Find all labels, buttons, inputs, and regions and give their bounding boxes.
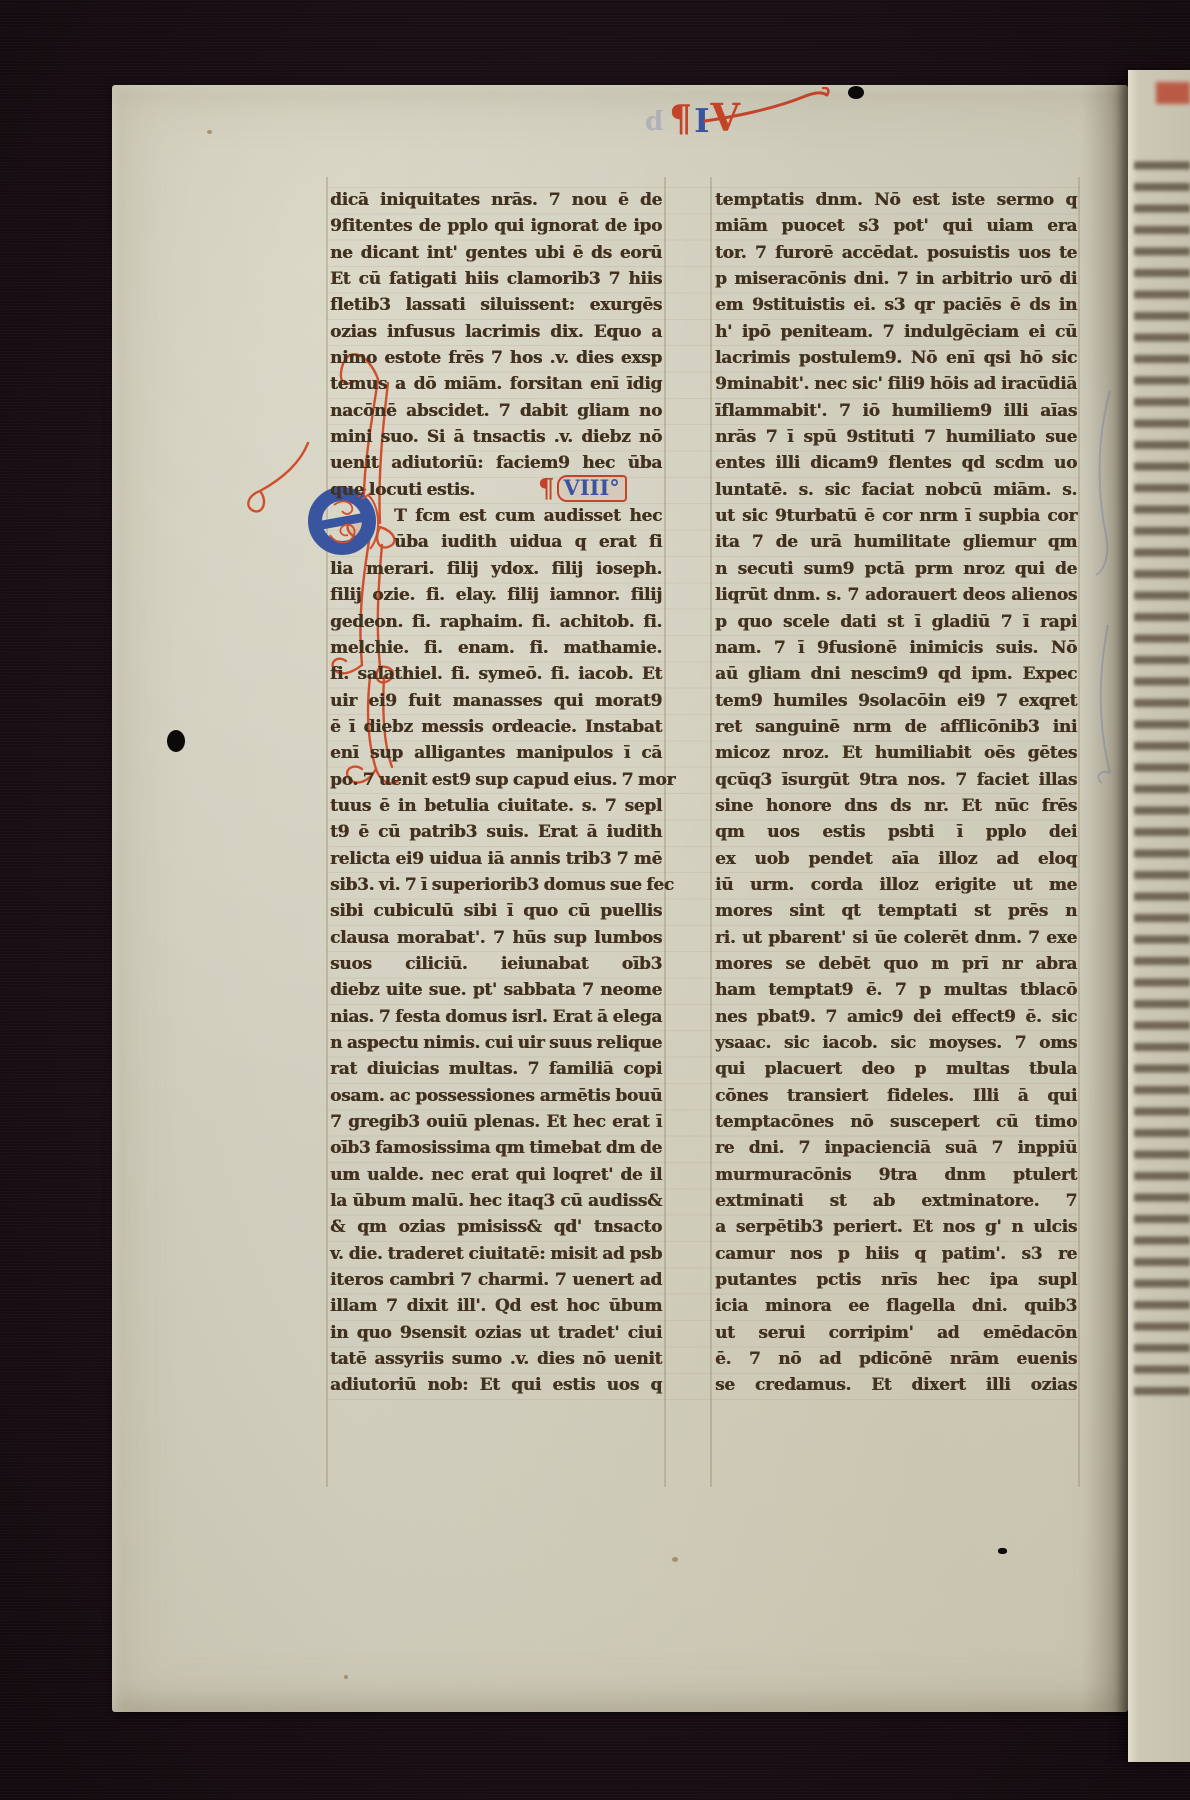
text-line: temus a dō miām. forsitan enī īdig: [330, 371, 662, 397]
text-line: mores sint qt temptati st prēs n: [715, 898, 1077, 924]
text-line: lacrimis postulem9. Nō enī qsi hō sic: [715, 345, 1077, 371]
text-column-right: temptatis dnm. Nō est iste sermo qmiām p…: [715, 187, 1077, 1399]
text-line: liqrūt dnm. s. 7 adorauert deos alienos: [715, 582, 1077, 608]
text-line: temptacōnes nō suscepert cū timo: [715, 1109, 1077, 1135]
text-line: iū urm. corda illoz erigite ut me: [715, 872, 1077, 898]
text-line: mini suo. Si ā tnsactis .v. diebz nō: [330, 424, 662, 450]
text-line: 9fitentes de pplo qui ignorat de ipo: [330, 213, 662, 239]
text-line: nam. 7 ī 9fusionē inimicis suis. Nō: [715, 635, 1077, 661]
text-line: qui placuert deo p multas tbula: [715, 1056, 1077, 1082]
text-line: nes pbat9. 7 amic9 dei effect9 ē. sic: [715, 1004, 1077, 1030]
text-line: tuus ē in betulia ciuitate. s. 7 sepl: [330, 793, 662, 819]
text-line: clausa morabat'. 7 hūs sup lumbos: [330, 925, 662, 951]
text-line: t9 ē cū patrib3 suis. Erat ā iudith: [330, 819, 662, 845]
red-paraph-icon: ¶: [669, 101, 692, 137]
text-line: ozias infusus lacrimis dix. Equo a: [330, 319, 662, 345]
text-line: ē. 7 nō ad pdicōnē nrām euenis: [715, 1346, 1077, 1372]
wormhole-dot: [848, 86, 864, 99]
text-line: ut sic 9turbatū ē cor nrm ī supbia cor: [715, 503, 1077, 529]
gutter-shadow: [1082, 85, 1128, 1712]
text-line: 7 gregib3 ouiū plenas. Et hec erat ī: [330, 1109, 662, 1135]
text-line: n aspectu nimis. cui uir suus relique: [330, 1030, 662, 1056]
text-line: p quo scele dati st ī gladiū 7 ī rapi: [715, 609, 1077, 635]
text-line: ūba iudith uidua q erat fi: [330, 529, 662, 555]
text-line: n secuti sum9 pctā prm nroz qui de: [715, 556, 1077, 582]
stain-speck: [344, 1675, 348, 1679]
quire-mark: b ¶ I V: [645, 91, 740, 137]
text-line: iteros cambri 7 charmi. 7 uenert ad: [330, 1267, 662, 1293]
text-line: osam. ac possessiones armētis bouū: [330, 1083, 662, 1109]
text-line: temptatis dnm. Nō est iste sermo q: [715, 187, 1077, 213]
text-line: illam 7 dixit ill'. Qd est hoc ūbum: [330, 1293, 662, 1319]
text-line: suos ciliciū. ieiunabat oīb3: [330, 951, 662, 977]
text-line: Et cū fatigati hiis clamorib3 7 hiis: [330, 266, 662, 292]
text-line: sibi cubiculū sibi ī quo cū puellis: [330, 898, 662, 924]
text-line: nrās 7 ī spū 9stituti 7 humiliato sue: [715, 424, 1077, 450]
next-leaf-blurred-text: [1134, 155, 1190, 1405]
text-line: v. die. traderet ciuitatē: misit ad psb: [330, 1241, 662, 1267]
text-line: ham temptat9 ē. 7 p multas tblacō: [715, 977, 1077, 1003]
text-line: rat diuicias multas. 7 familiā copi: [330, 1056, 662, 1082]
stain-speck: [207, 130, 212, 134]
text-line: ysaac. sic iacob. sic moyses. 7 oms: [715, 1030, 1077, 1056]
text-line: cōnes transiert fideles. Illi ā qui: [715, 1083, 1077, 1109]
text-line: a serpētib3 periert. Et nos g' n ulcis: [715, 1214, 1077, 1240]
text-line: & qm ozias pmisiss& qd' tnsacto: [330, 1214, 662, 1240]
text-line: ē ī diebz messis ordeacie. Instabat: [330, 714, 662, 740]
text-line: uenit adiutoriū: faciem9 hec ūba: [330, 450, 662, 476]
text-line: mores se debēt quo m prī nr abra: [715, 951, 1077, 977]
text-line: micoz nroz. Et humiliabit oēs gētes: [715, 740, 1077, 766]
text-line: entes illi dicam9 flentes qd scdm uo: [715, 450, 1077, 476]
text-line: aū gliam dni nescim9 qd ipm. Expec: [715, 661, 1077, 687]
text-line: gedeon. fi. raphaim. fi. achitob. fi.: [330, 609, 662, 635]
next-leaf-rubric-blur: [1156, 82, 1190, 104]
text-line: ex uob pendet aīa illoz ad eloq: [715, 846, 1077, 872]
text-line: em 9stituistis ei. s3 qr paciēs ē ds in: [715, 292, 1077, 318]
ink-blot: [998, 1548, 1007, 1554]
text-line: uir ei9 fuit manasses qui morat9: [330, 688, 662, 714]
text-line: putantes pctis nrīs hec ipa supl: [715, 1267, 1077, 1293]
text-line: extminati st ab extminatore. 7: [715, 1188, 1077, 1214]
text-line: qm uos estis psbti ī pplo dei: [715, 819, 1077, 845]
text-line: que locuti estis.: [330, 477, 662, 503]
wormhole-dot: [167, 730, 185, 752]
text-line: fletib3 lassati siluissent: exurgēs: [330, 292, 662, 318]
text-column-left: dicā iniquitates nrās. 7 nou ē de9fitent…: [330, 187, 662, 1399]
text-line: ne dicant int' gentes ubi ē ds eorū: [330, 240, 662, 266]
text-line: tatē assyriis sumo .v. dies nō uenit: [330, 1346, 662, 1372]
text-line: īflammabit'. 7 iō humiliem9 illi aīas: [715, 398, 1077, 424]
text-line: ret sanguinē nrm de afflicōnib3 ini: [715, 714, 1077, 740]
text-line: po. 7 uenit est9 sup capud eius. 7 mor: [330, 767, 662, 793]
text-line: sine honore dns ds nr. Et nūc frēs: [715, 793, 1077, 819]
text-line: T fcm est cum audisset hec: [330, 503, 662, 529]
text-line: oīb3 famosissima qm timebat dm de: [330, 1135, 662, 1161]
text-line: nacōnē abscidet. 7 dabit gliam no: [330, 398, 662, 424]
text-line: h' ipō peniteam. 7 indulgēciam ei cū: [715, 319, 1077, 345]
text-line: adiutoriū nob: Et qui estis uos q: [330, 1372, 662, 1398]
text-line: nimo estote frēs 7 hos .v. dies exsp: [330, 345, 662, 371]
text-line: tem9 humiles 9solacōin ei9 7 exqret: [715, 688, 1077, 714]
text-line: qcūq3 īsurgūt 9tra nos. 7 faciet illas: [715, 767, 1077, 793]
text-line: miām puocet s3 pot' qui uiam era: [715, 213, 1077, 239]
text-line: dicā iniquitates nrās. 7 nou ē de: [330, 187, 662, 213]
next-leaf-edge: [1128, 70, 1190, 1762]
text-line: p miseracōnis dni. 7 in arbitrio urō di: [715, 266, 1077, 292]
text-line: se credamus. Et dixert illi ozias: [715, 1372, 1077, 1398]
text-line: lia merari. filij ydox. filij ioseph.: [330, 556, 662, 582]
stain-speck: [672, 1557, 678, 1562]
text-line: fi. salathiel. fi. symeō. fi. iacob. Et: [330, 661, 662, 687]
text-line: ri. ut pbarent' si ūe colerēt dnm. 7 exe: [715, 925, 1077, 951]
manuscript-leaf: b ¶ I V ¶ VIII°: [112, 85, 1128, 1712]
text-line: enī sup alligantes manipulos ī cā: [330, 740, 662, 766]
text-line: ita 7 de urā humilitate gliemur qm: [715, 529, 1077, 555]
text-line: icia minora ee flagella dni. quib3: [715, 1293, 1077, 1319]
text-line: re dni. 7 inpacienciā suā 7 inppiū: [715, 1135, 1077, 1161]
text-line: in quo 9sensit ozias ut tradet' ciui: [330, 1320, 662, 1346]
text-line: 9minabit'. nec sic' fili9 hōis ad iracūd…: [715, 371, 1077, 397]
text-line: filij ozie. fi. elay. filij iamnor. fili…: [330, 582, 662, 608]
text-line: relicta ei9 uidua iā annis trib3 7 mē: [330, 846, 662, 872]
text-line: la ūbum malū. hec itaq3 cū audiss&: [330, 1188, 662, 1214]
text-line: diebz uite sue. pt' sabbata 7 neome: [330, 977, 662, 1003]
text-line: ut serui corripim' ad emēdacōn: [715, 1320, 1077, 1346]
text-line: camur nos p hiis q patim'. s3 re: [715, 1241, 1077, 1267]
text-line: tor. 7 furorē accēdat. posuistis uos te: [715, 240, 1077, 266]
text-line: sib3. vi. 7 ī superiorib3 domus sue fec: [330, 872, 662, 898]
text-line: melchie. fi. enam. fi. mathamie.: [330, 635, 662, 661]
text-line: luntatē. s. sic faciat nobcū miām. s.: [715, 477, 1077, 503]
red-swash-flourish: [703, 87, 833, 127]
showthrough-ghost-letter: b: [645, 107, 663, 137]
ruling-line-vertical: [1078, 177, 1080, 1487]
text-line: um ualde. nec erat qui loqret' de il: [330, 1162, 662, 1188]
text-line: murmuracōnis 9tra dnm ptulert: [715, 1162, 1077, 1188]
text-line: nias. 7 festa domus isrl. Erat ā elega: [330, 1004, 662, 1030]
